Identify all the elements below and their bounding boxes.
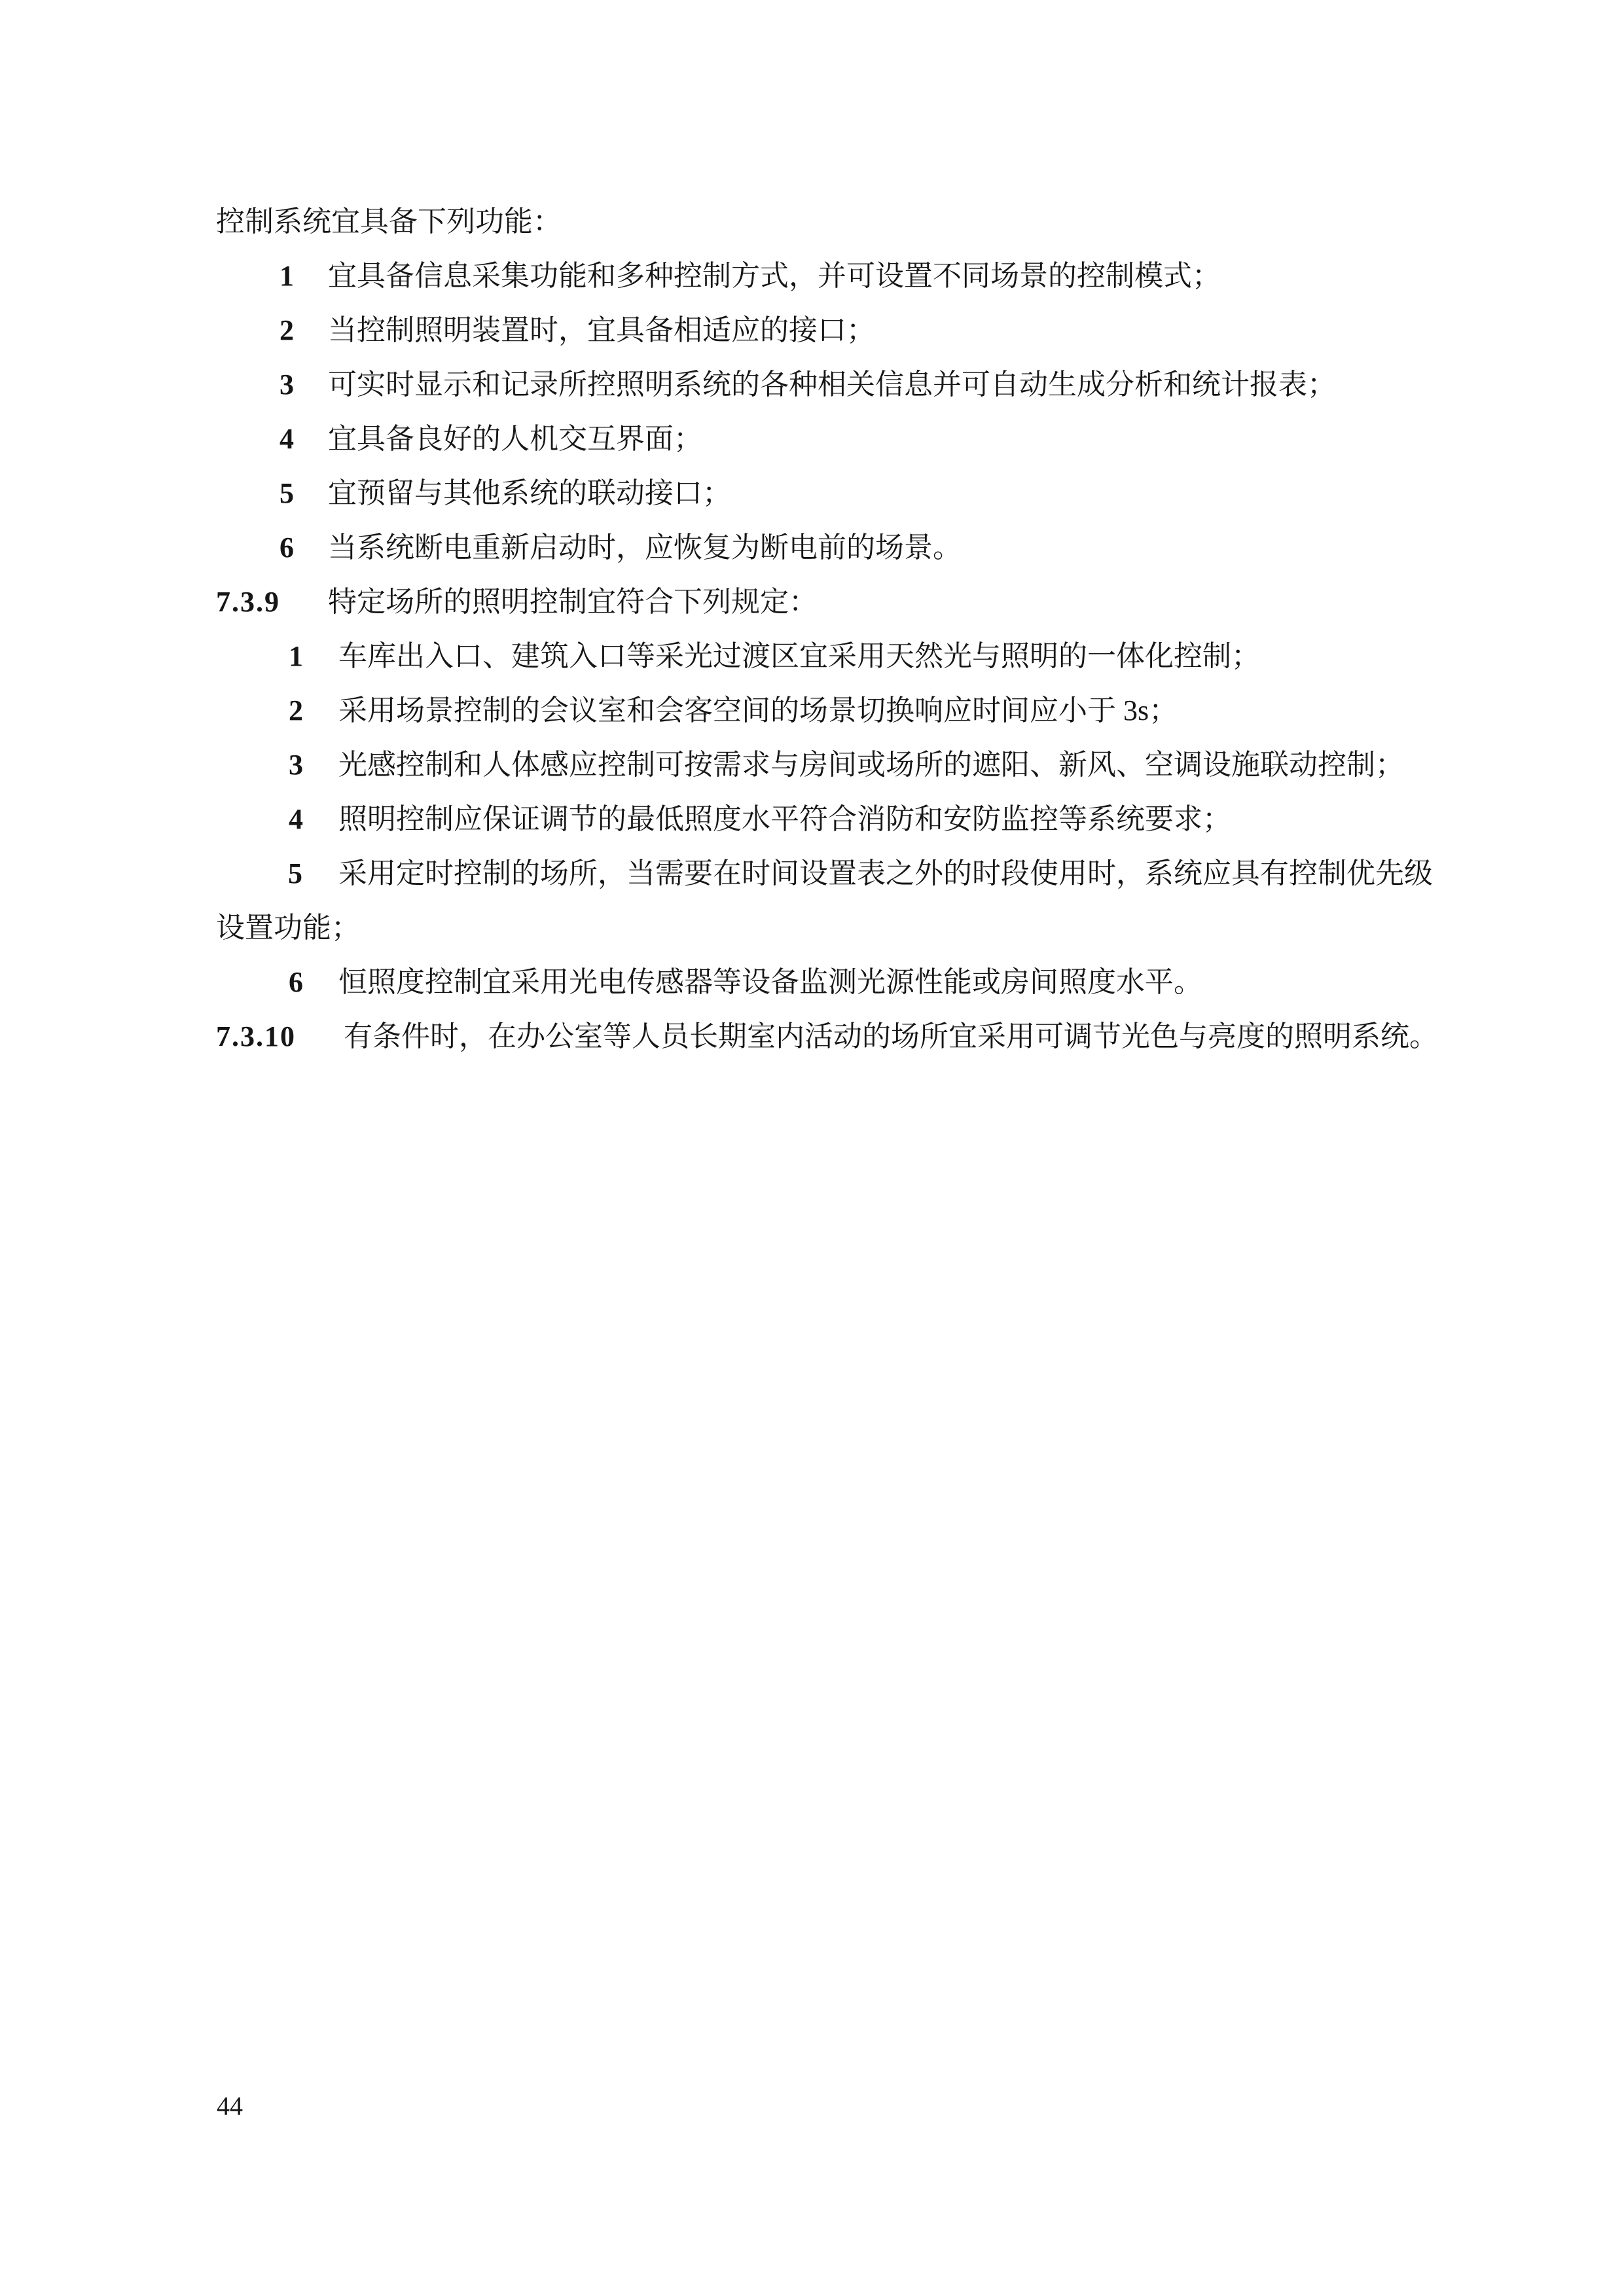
list-item: 6 恒照度控制宜采用光电传感器等设备监测光源性能或房间照度水平。 bbox=[216, 955, 1418, 1009]
clause-number: 7.3.9 bbox=[216, 575, 280, 629]
item-number: 5 bbox=[288, 846, 304, 901]
paragraph-text: 控制系统宜具备下列功能： bbox=[216, 206, 562, 238]
clause-7-3-10: 7.3.10 有条件时，在办公室等人员长期室内活动的场所宜采用可调节光色与亮度的… bbox=[216, 1009, 1418, 1064]
item-text: 当系统断电重新启动时，应恢复为断电前的场景。 bbox=[328, 531, 962, 564]
item-text: 可实时显示和记录所控照明系统的各种相关信息并可自动生成分析和统计报表； bbox=[328, 368, 1336, 401]
item-number: 2 bbox=[279, 303, 295, 357]
item-text: 宜具备良好的人机交互界面； bbox=[328, 423, 702, 455]
list-item: 6 当系统断电重新启动时，应恢复为断电前的场景。 bbox=[216, 520, 1418, 575]
item-text: 恒照度控制宜采用光电传感器等设备监测光源性能或房间照度水平。 bbox=[338, 966, 1202, 998]
list-item: 5 宜预留与其他系统的联动接口； bbox=[216, 466, 1418, 520]
list-item: 4 宜具备良好的人机交互界面； bbox=[216, 412, 1418, 466]
list-item: 3 可实时显示和记录所控照明系统的各种相关信息并可自动生成分析和统计报表； bbox=[216, 357, 1418, 412]
item-number: 3 bbox=[279, 357, 295, 412]
page-number: 44 bbox=[217, 2093, 243, 2119]
clause-text: 特定场所的照明控制宜符合下列规定： bbox=[328, 586, 818, 618]
list-item: 2 当控制照明装置时，宜具备相适应的接口； bbox=[216, 303, 1418, 357]
list-item: 1 车库出入口、建筑入口等采光过渡区宜采用天然光与照明的一体化控制； bbox=[216, 629, 1418, 683]
item-number: 1 bbox=[279, 249, 295, 303]
item-number: 4 bbox=[288, 792, 304, 846]
list-item: 1 宜具备信息采集功能和多种控制方式，并可设置不同场景的控制模式； bbox=[216, 249, 1418, 303]
item-number: 6 bbox=[279, 520, 295, 575]
list-item: 5 采用定时控制的场所，当需要在时间设置表之外的时段使用时，系统应具有控制优先级 bbox=[216, 846, 1418, 901]
item-text: 光感控制和人体感应控制可按需求与房间或场所的遮阳、新风、空调设施联动控制； bbox=[338, 749, 1404, 781]
item-text: 宜具备信息采集功能和多种控制方式，并可设置不同场景的控制模式； bbox=[328, 260, 1221, 292]
item-text: 采用场景控制的会议室和会客空间的场景切换响应时间应小于 3s； bbox=[338, 694, 1178, 726]
item-text: 照明控制应保证调节的最低照度水平符合消防和安防监控等系统要求； bbox=[338, 803, 1231, 835]
list-item-continuation: 设置功能； bbox=[216, 901, 1418, 955]
item-number: 2 bbox=[288, 683, 304, 738]
document-page: 控制系统宜具备下列功能： 1 宜具备信息采集功能和多种控制方式，并可设置不同场景… bbox=[0, 0, 1624, 2296]
item-number: 6 bbox=[288, 955, 304, 1009]
item-number: 4 bbox=[279, 412, 295, 466]
clause-7-3-9: 7.3.9 特定场所的照明控制宜符合下列规定： bbox=[216, 575, 1418, 629]
item-text: 采用定时控制的场所，当需要在时间设置表之外的时段使用时，系统应具有控制优先级 bbox=[338, 857, 1433, 889]
item-number: 3 bbox=[288, 738, 304, 792]
item-text: 宜预留与其他系统的联动接口； bbox=[328, 477, 731, 509]
list-item: 4 照明控制应保证调节的最低照度水平符合消防和安防监控等系统要求； bbox=[216, 792, 1418, 846]
item-number: 1 bbox=[288, 629, 304, 683]
clause-text: 有条件时，在办公室等人员长期室内活动的场所宜采用可调节光色与亮度的照明系统。 bbox=[344, 1020, 1438, 1052]
list-item: 3 光感控制和人体感应控制可按需求与房间或场所的遮阳、新风、空调设施联动控制； bbox=[216, 738, 1418, 792]
body-text-block: 控制系统宜具备下列功能： 1 宜具备信息采集功能和多种控制方式，并可设置不同场景… bbox=[216, 194, 1418, 1064]
item-text: 车库出入口、建筑入口等采光过渡区宜采用天然光与照明的一体化控制； bbox=[338, 640, 1260, 672]
item-text: 当控制照明装置时，宜具备相适应的接口； bbox=[328, 314, 875, 346]
continuation-text: 设置功能； bbox=[216, 912, 360, 944]
clause-number: 7.3.10 bbox=[216, 1009, 296, 1064]
item-number: 5 bbox=[279, 466, 295, 520]
paragraph-intro: 控制系统宜具备下列功能： bbox=[216, 194, 1418, 249]
list-item: 2 采用场景控制的会议室和会客空间的场景切换响应时间应小于 3s； bbox=[216, 683, 1418, 738]
